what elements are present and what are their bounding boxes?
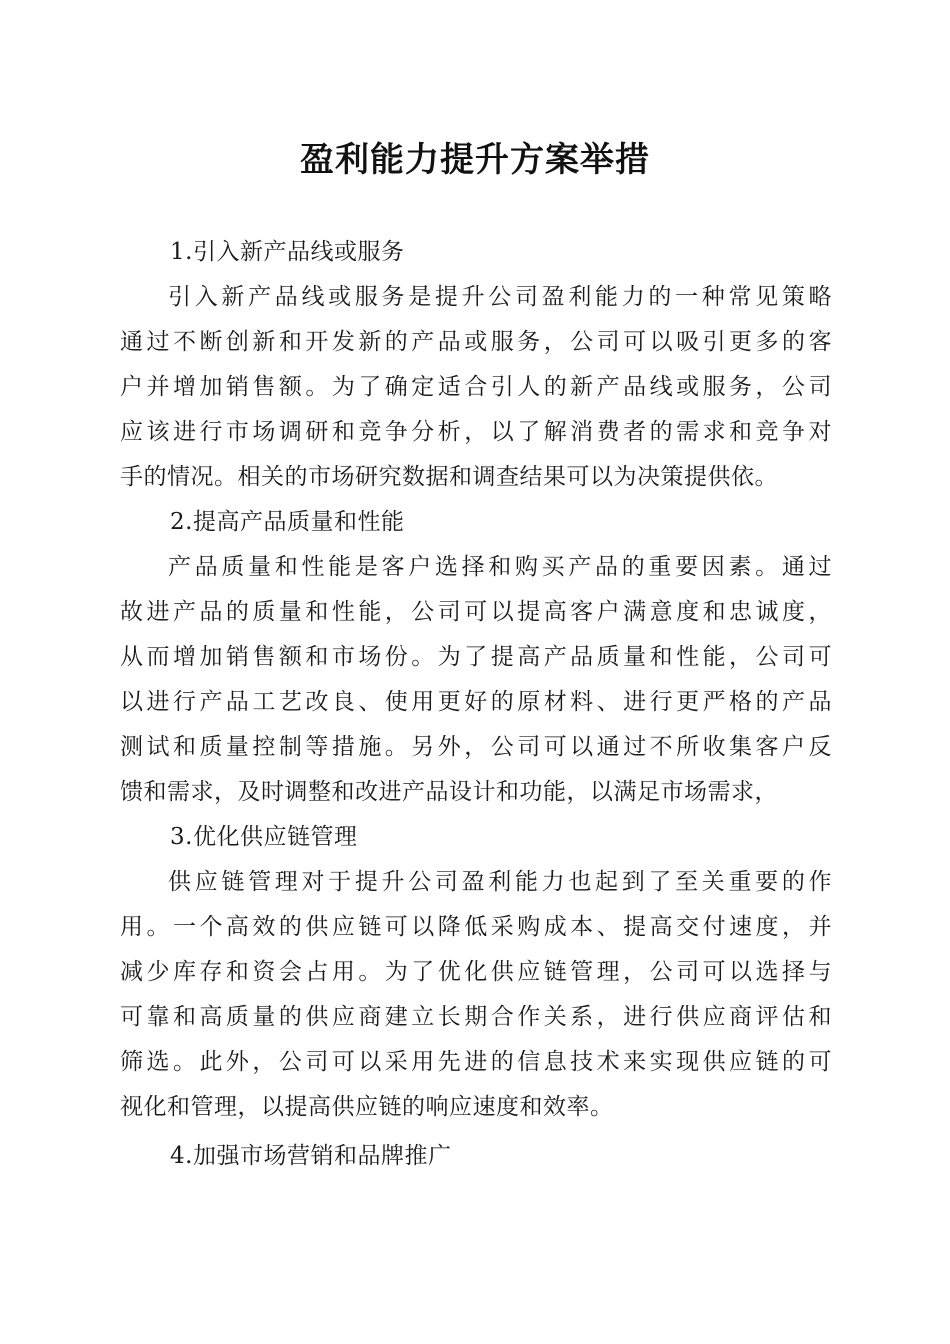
document-page: 盈利能力提升方案举措 1.引入新产品线或服务 引入新产品线或服务是提升公司盈利能… xyxy=(0,0,950,1344)
section-2-heading: 2.提高产品质量和性能 xyxy=(120,500,832,545)
section-1-line-5: 手的情况。相关的市场研究数据和调查结果可以为决策提供依。 xyxy=(120,455,832,500)
section-2-line-6: 馈和需求，及时调整和改进产品设计和功能，以满足市场需求， xyxy=(120,770,832,815)
section-1-heading: 1.引入新产品线或服务 xyxy=(120,230,832,275)
section-4-heading: 4.加强市场营销和品牌推广 xyxy=(120,1134,832,1179)
section-3-heading: 3.优化供应链管理 xyxy=(120,815,832,860)
section-1-line-1: 引入新产品线或服务是提升公司盈利能力的一种常见策略 xyxy=(120,275,832,320)
section-2-line-3: 从而增加销售额和市场份。为了提高产品质量和性能，公司可 xyxy=(120,635,832,680)
section-3-line-1: 供应链管理对于提升公司盈利能力也起到了至关重要的作 xyxy=(120,860,832,905)
document-body: 1.引入新产品线或服务 引入新产品线或服务是提升公司盈利能力的一种常见策略 通过… xyxy=(120,230,832,1179)
section-3-line-4: 可靠和高质量的供应商建立长期合作关系，进行供应商评估和 xyxy=(120,995,832,1040)
section-1-line-4: 应该进行市场调研和竞争分析，以了解消费者的需求和竞争对 xyxy=(120,410,832,455)
section-3-line-2: 用。一个高效的供应链可以降低采购成本、提高交付速度，并 xyxy=(120,905,832,950)
section-3-line-6: 视化和管理，以提高供应链的响应速度和效率。 xyxy=(120,1085,832,1130)
section-2-line-2: 故进产品的质量和性能，公司可以提高客户满意度和忠诚度， xyxy=(120,590,832,635)
section-3-line-3: 减少库存和资会占用。为了优化供应链管理，公司可以选择与 xyxy=(120,950,832,995)
section-1-line-3: 户并增加销售额。为了确定适合引人的新产品线或服务，公司 xyxy=(120,365,832,410)
section-2-line-5: 测试和质量控制等措施。另外，公司可以通过不所收集客户反 xyxy=(120,725,832,770)
section-1-line-2: 通过不断创新和开发新的产品或服务，公司可以吸引更多的客 xyxy=(120,320,832,365)
section-2-line-4: 以进行产品工艺改良、使用更好的原材料、进行更严格的产品 xyxy=(120,680,832,725)
section-3-line-5: 筛选。此外，公司可以采用先进的信息技术来实现供应链的可 xyxy=(120,1040,832,1085)
section-2-line-1: 产品质量和性能是客户选择和购买产品的重要因素。通过 xyxy=(120,545,832,590)
document-title: 盈利能力提升方案举措 xyxy=(0,136,950,184)
